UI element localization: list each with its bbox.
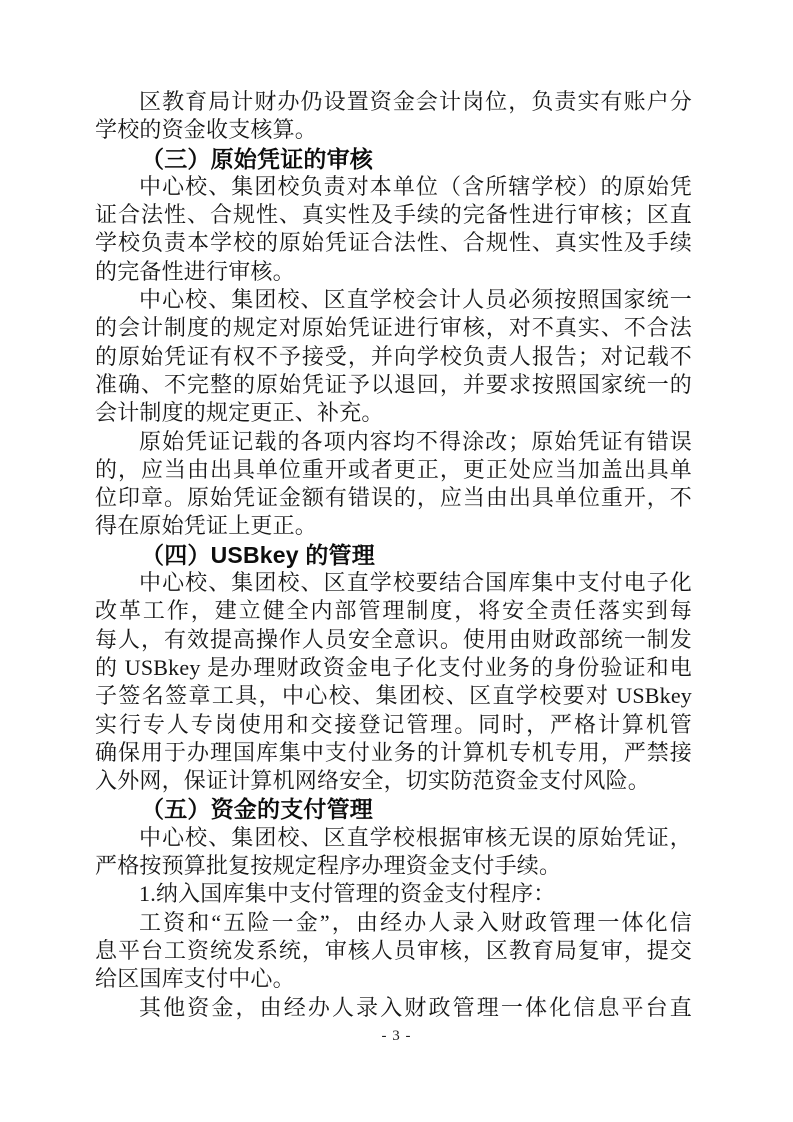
text-line: 位印章。原始凭证金额有错误的，应当由出具单位重开，不	[95, 484, 692, 512]
text-line: 原始凭证记载的各项内容均不得涂改；原始凭证有错误	[95, 428, 692, 456]
text-line: 子签名签章工具，中心校、集团校、区直学校要对 USBkey	[95, 682, 692, 710]
text-line: 确保用于办理国库集中支付业务的计算机专机专用，严禁接	[95, 739, 692, 767]
text-line: 区教育局计财办仍设置资金会计岗位，负责实有账户分	[95, 88, 692, 116]
text-line: 中心校、集团校、区直学校根据审核无误的原始凭证，	[95, 824, 692, 852]
text-line: 1.纳入国库集中支付管理的资金支付程序：	[95, 880, 692, 908]
text-line: 的，应当由出具单位重开或者更正，更正处应当加盖出具单	[95, 456, 692, 484]
text-line: 其他资金，由经办人录入财政管理一体化信息平台直	[95, 994, 692, 1022]
document-page: 区教育局计财办仍设置资金会计岗位，负责实有账户分学校的资金收支核算。（三）原始凭…	[0, 0, 793, 1122]
text-line: 严格按预算批复按规定程序办理资金支付手续。	[95, 852, 692, 880]
text-line: 的 USBkey 是办理财政资金电子化支付业务的身份验证和电	[95, 654, 692, 682]
text-line: 改革工作，建立健全内部管理制度，将安全责任落实到每岗、	[95, 597, 692, 625]
text-line: 学校的资金收支核算。	[95, 116, 692, 144]
text-line: 工资和“五险一金”，由经办人录入财政管理一体化信	[95, 909, 692, 937]
text-line: 学校负责本学校的原始凭证合法性、合规性、真实性及手续	[95, 229, 692, 257]
text-line: 给区国库支付中心。	[95, 965, 692, 993]
text-line: 息平台工资统发系统，审核人员审核，区教育局复审，提交	[95, 937, 692, 965]
section-heading: （四）USBkey 的管理	[95, 541, 692, 569]
text-line: 准确、不完整的原始凭证予以退回，并要求按照国家统一的	[95, 371, 692, 399]
text-line: 会计制度的规定更正、补充。	[95, 399, 692, 427]
text-line: 的会计制度的规定对原始凭证进行审核，对不真实、不合法	[95, 314, 692, 342]
text-line: 每人，有效提高操作人员安全意识。使用由财政部统一制发	[95, 626, 692, 654]
text-line: 的原始凭证有权不予接受，并向学校负责人报告；对记载不	[95, 343, 692, 371]
text-line: 中心校、集团校、区直学校要结合国库集中支付电子化	[95, 569, 692, 597]
text-line: 证合法性、合规性、真实性及手续的完备性进行审核；区直	[95, 201, 692, 229]
text-line: 得在原始凭证上更正。	[95, 512, 692, 540]
text-line: 中心校、集团校、区直学校会计人员必须按照国家统一	[95, 286, 692, 314]
text-line: 入外网，保证计算机网络安全，切实防范资金支付风险。	[95, 767, 692, 795]
text-line: 中心校、集团校负责对本单位（含所辖学校）的原始凭	[95, 173, 692, 201]
text-line: 实行专人专岗使用和交接登记管理。同时，严格计算机管理，	[95, 711, 692, 739]
document-body: 区教育局计财办仍设置资金会计岗位，负责实有账户分学校的资金收支核算。（三）原始凭…	[95, 88, 692, 1022]
page-number: - 3 -	[0, 1028, 793, 1045]
section-heading: （五）资金的支付管理	[95, 795, 692, 823]
section-heading: （三）原始凭证的审核	[95, 145, 692, 173]
text-line: 的完备性进行审核。	[95, 258, 692, 286]
